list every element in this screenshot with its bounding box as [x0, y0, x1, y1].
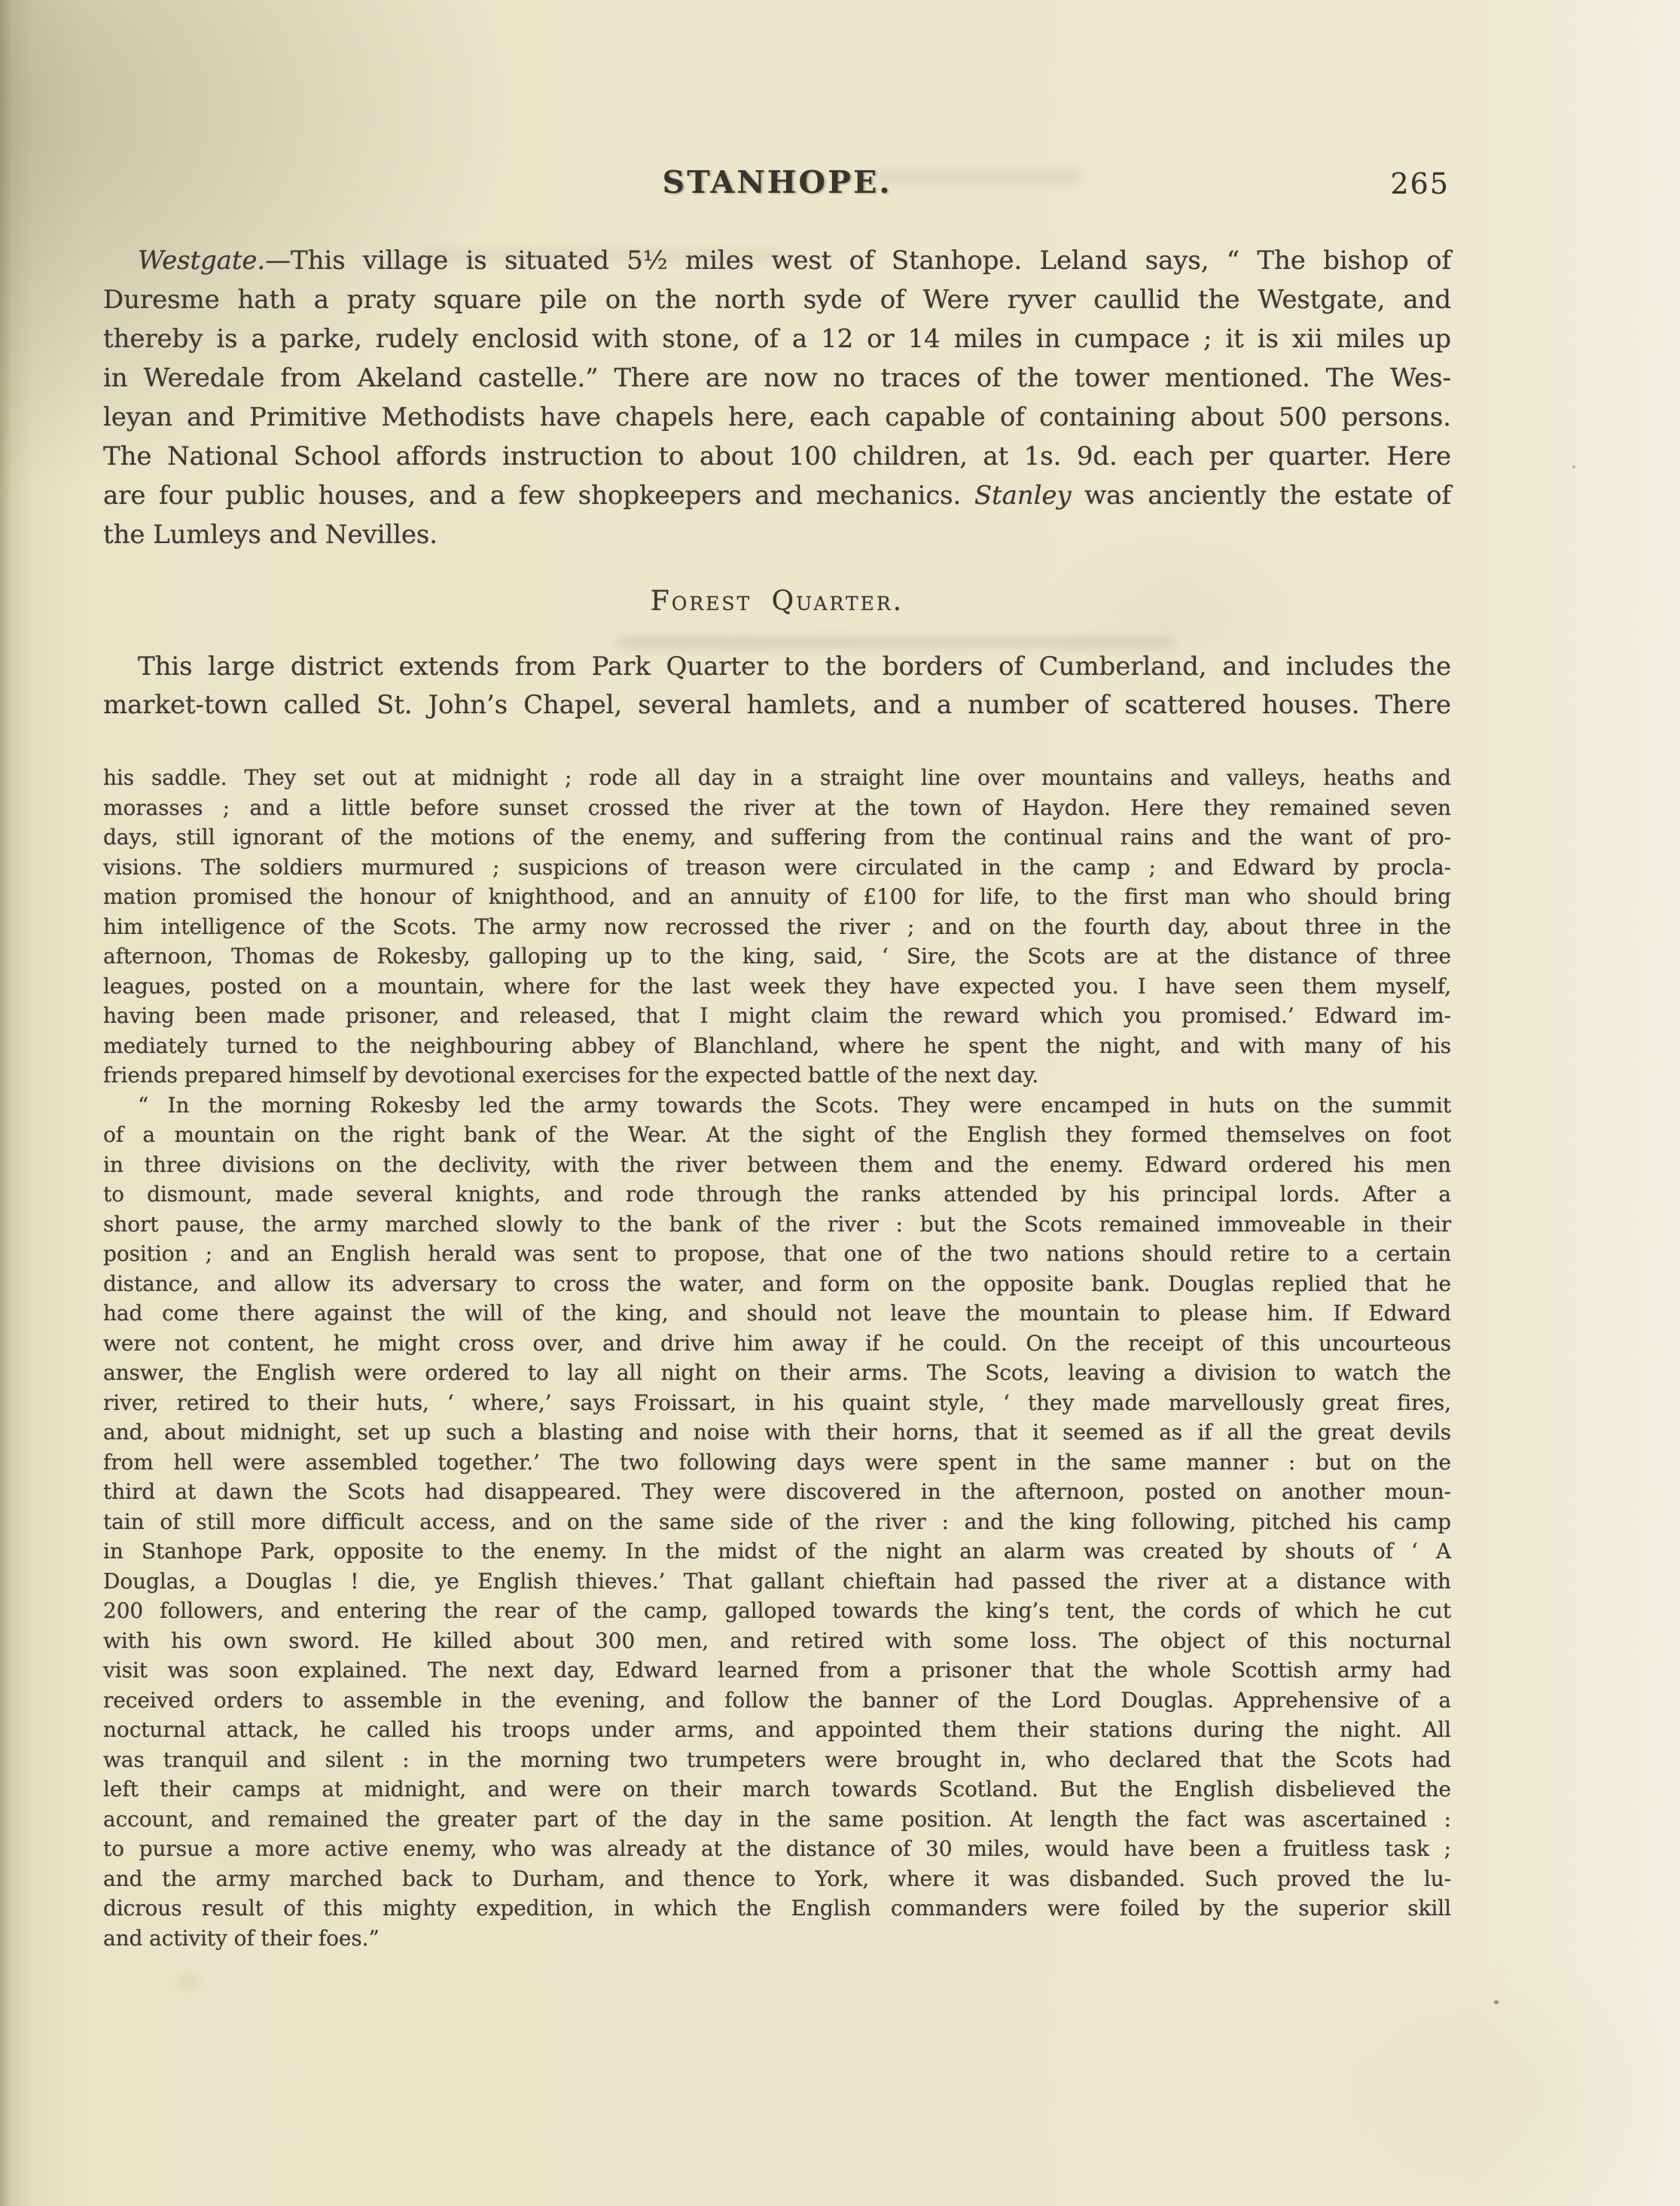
- text-line: visions. The soldiers murmured ; suspici…: [103, 853, 1451, 883]
- text-line: to pursue a more active enemy, who was a…: [103, 1834, 1451, 1864]
- text-line: third at dawn the Scots had disappeared.…: [103, 1477, 1451, 1507]
- text-line: distance, and allow its adversary to cro…: [103, 1269, 1451, 1299]
- text-line: This large district extends from Park Qu…: [103, 648, 1451, 686]
- text-line: was tranquil and silent : in the morning…: [103, 1745, 1451, 1775]
- text-line: The National School affords instruction …: [103, 437, 1451, 476]
- text-line: position ; and an English herald was sen…: [103, 1239, 1451, 1269]
- text-line: in Weredale from Akeland castelle.” Ther…: [103, 359, 1451, 398]
- text-line: were not content, he might cross over, a…: [103, 1329, 1451, 1359]
- text-line: and the army marched back to Durham, and…: [103, 1864, 1451, 1894]
- text-line: dicrous result of this mighty expedition…: [103, 1893, 1451, 1924]
- district-paragraph: This large district extends from Park Qu…: [103, 648, 1451, 725]
- text-line: market-town called St. John’s Chapel, se…: [103, 686, 1451, 725]
- book-page: STANHOPE. 265 Westgate.—This village is …: [0, 0, 1680, 2206]
- text-line: his saddle. They set out at midnight ; r…: [103, 763, 1451, 793]
- text-line: short pause, the army marched slowly to …: [103, 1210, 1451, 1240]
- text-line: mediately turned to the neighbouring abb…: [103, 1031, 1451, 1061]
- paper-speck: [1494, 2000, 1499, 2004]
- text-line: with his own sword. He killed about 300 …: [103, 1626, 1451, 1656]
- text-line: in Stanhope Park, opposite to the enemy.…: [103, 1536, 1451, 1567]
- text-line: and, about midnight, set up such a blast…: [103, 1417, 1451, 1448]
- text-line: having been made prisoner, and released,…: [103, 1001, 1451, 1031]
- running-title: STANHOPE.: [103, 164, 1451, 200]
- text-line: the Lumleys and Nevilles.: [103, 515, 1451, 554]
- text-line: tain of still more difficult access, and…: [103, 1507, 1451, 1537]
- page-header: STANHOPE. 265: [103, 164, 1451, 209]
- text-line: nocturnal attack, he called his troops u…: [103, 1715, 1451, 1745]
- text-line: from hell were assembled together.’ The …: [103, 1448, 1451, 1478]
- page-number: 265: [1390, 167, 1450, 200]
- text-line: “ In the morning Rokesby led the army to…: [103, 1091, 1451, 1121]
- paper-speck: [1572, 465, 1575, 468]
- footnote-block: his saddle. They set out at midnight ; r…: [103, 763, 1451, 1953]
- text-line: visit was soon explained. The next day, …: [103, 1655, 1451, 1686]
- text-line: 200 followers, and entering the rear of …: [103, 1596, 1451, 1626]
- text-line: of a mountain on the right bank of the W…: [103, 1120, 1451, 1150]
- text-line: thereby is a parke, rudely enclosid with…: [103, 319, 1451, 359]
- text-line: afternoon, Thomas de Rokesby, galloping …: [103, 941, 1451, 972]
- text-line: Douglas, a Douglas ! die, ye English thi…: [103, 1567, 1451, 1597]
- text-line: left their camps at midnight, and were o…: [103, 1774, 1451, 1805]
- text-line: him intelligence of the Scots. The army …: [103, 912, 1451, 942]
- text-line: Duresme hath a praty square pile on the …: [103, 280, 1451, 319]
- text-line: Westgate.—This village is situated 5½ mi…: [103, 241, 1451, 280]
- text-line: leagues, posted on a mountain, where for…: [103, 972, 1451, 1002]
- text-line: account, and remained the greater part o…: [103, 1805, 1451, 1835]
- show-through-smudge: [617, 636, 1175, 648]
- text-line: to dismount, made several knights, and r…: [103, 1179, 1451, 1210]
- text-line: friends prepared himself by devotional e…: [103, 1060, 1451, 1091]
- paper-stain: [178, 1973, 199, 1988]
- text-line: are four public houses, and a few shopke…: [103, 476, 1451, 515]
- text-line: answer, the English were ordered to lay …: [103, 1358, 1451, 1388]
- text-line: in three divisions on the declivity, wit…: [103, 1150, 1451, 1180]
- text-line: morasses ; and a little before sunset cr…: [103, 793, 1451, 823]
- section-heading: Forest Quarter.: [103, 586, 1451, 617]
- text-line: river, retired to their huts, ‘ where,’ …: [103, 1388, 1451, 1418]
- text-line: leyan and Primitive Methodists have chap…: [103, 398, 1451, 437]
- text-line: and activity of their foes.”: [103, 1924, 1451, 1954]
- text-line: days, still ignorant of the motions of t…: [103, 822, 1451, 853]
- text-line: received orders to assemble in the eveni…: [103, 1686, 1451, 1716]
- text-line: mation promised the honour of knighthood…: [103, 882, 1451, 912]
- text-line: had come there against the will of the k…: [103, 1298, 1451, 1329]
- intro-paragraph: Westgate.—This village is situated 5½ mi…: [103, 241, 1451, 554]
